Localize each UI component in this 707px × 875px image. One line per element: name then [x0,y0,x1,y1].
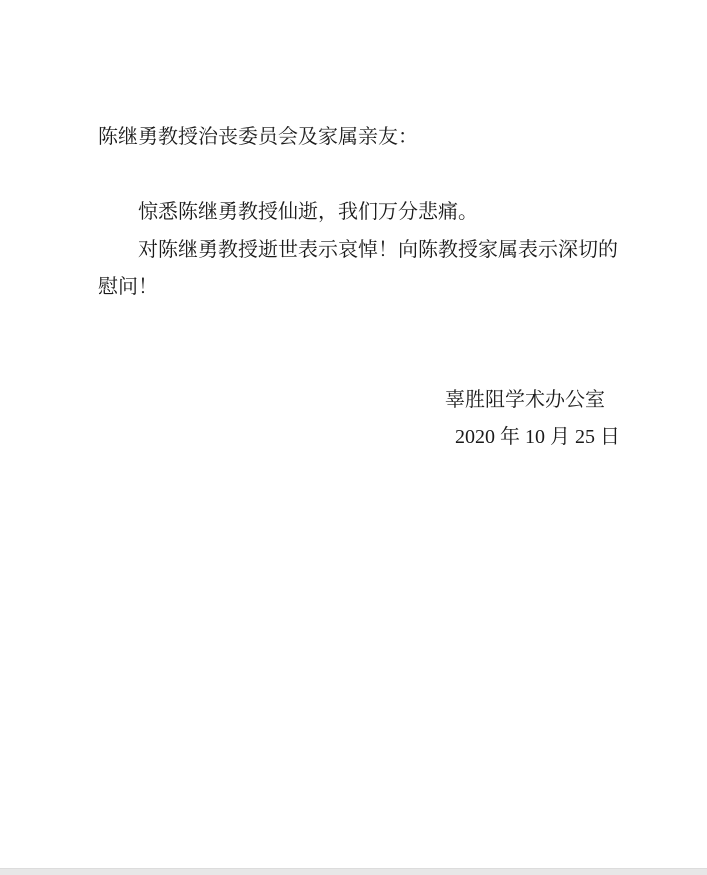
page-bottom-edge [0,868,707,875]
letter-paragraph-2: 对陈继勇教授逝世表示哀悼！向陈教授家属表示深切的慰问！ [98,232,622,307]
letter-signature-block: 辜胜阻学术办公室 2020 年 10 月 25 日 [98,382,622,457]
letter-salutation: 陈继勇教授治丧委员会及家属亲友： [98,119,622,157]
letter-body: 陈继勇教授治丧委员会及家属亲友： 惊悉陈继勇教授仙逝，我们万分悲痛。 对陈继勇教… [98,119,622,457]
letter-paragraph-1: 惊悉陈继勇教授仙逝，我们万分悲痛。 [98,194,622,232]
letter-signature: 辜胜阻学术办公室 [98,382,622,420]
letter-date: 2020 年 10 月 25 日 [98,419,622,457]
document-page: 陈继勇教授治丧委员会及家属亲友： 惊悉陈继勇教授仙逝，我们万分悲痛。 对陈继勇教… [0,0,707,875]
